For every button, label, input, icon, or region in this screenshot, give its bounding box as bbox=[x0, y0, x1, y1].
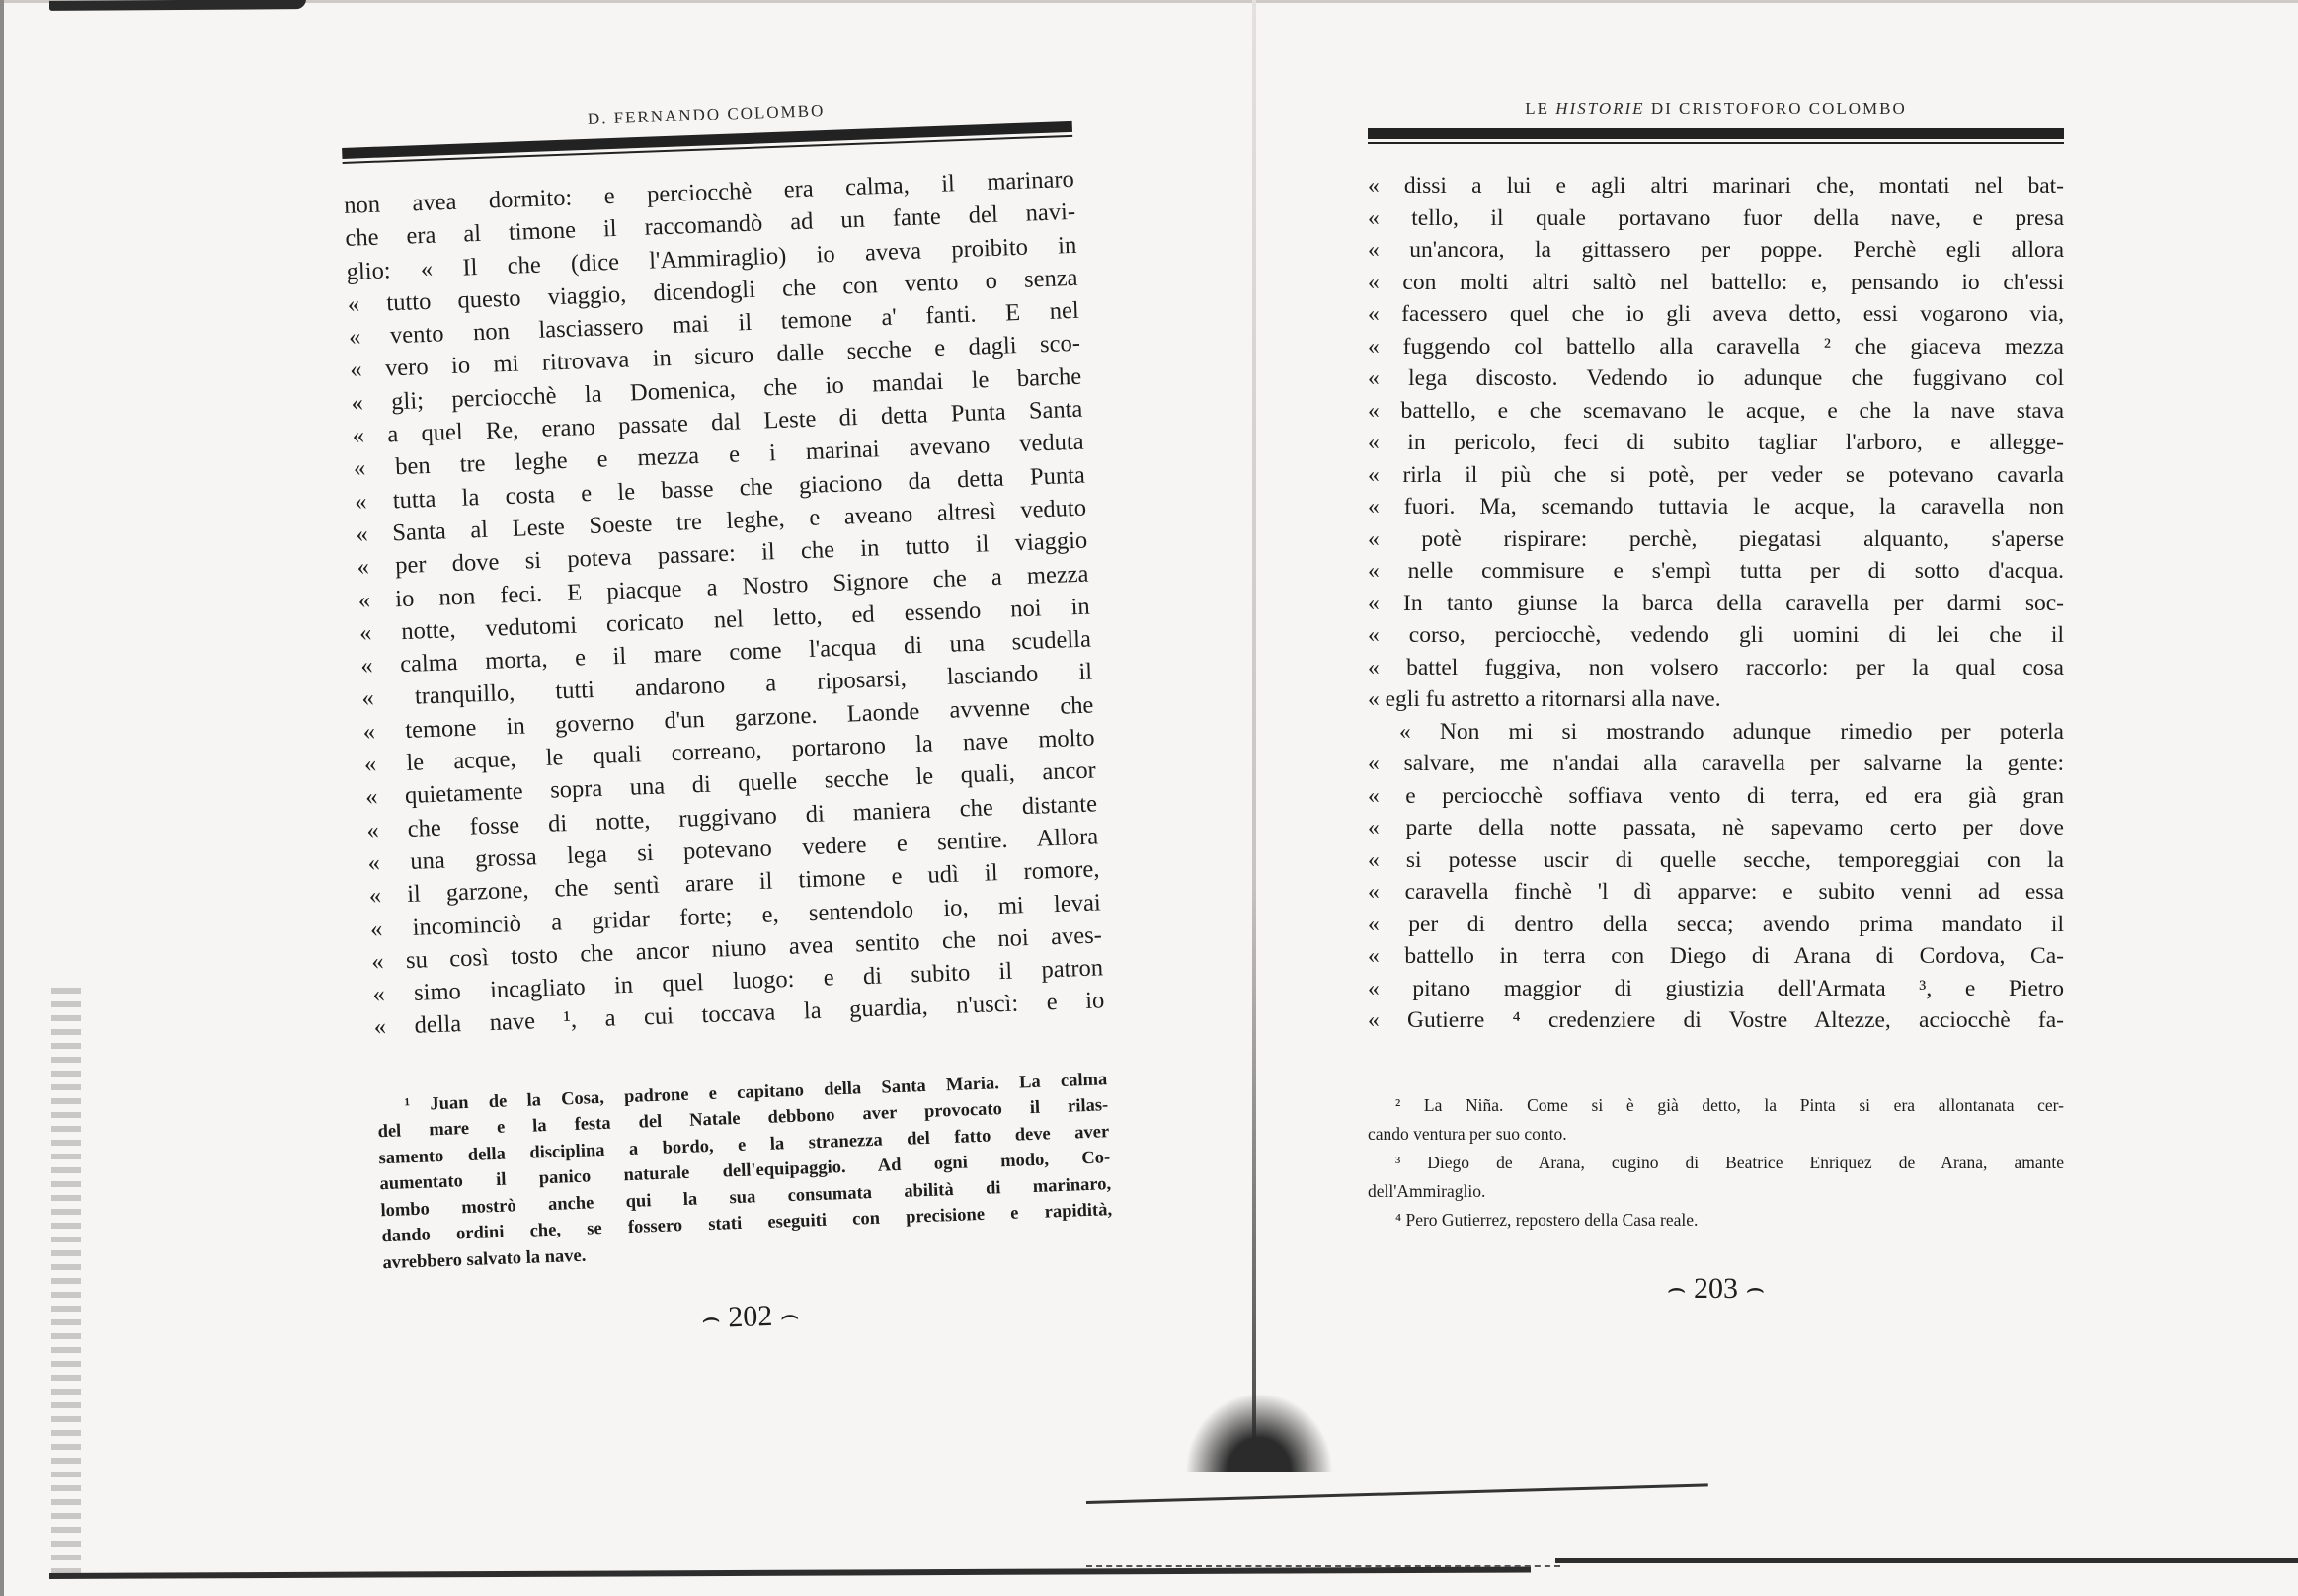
running-head-suffix: DI CRISTOFORO COLOMBO bbox=[1645, 99, 1907, 118]
text-line: « si potesse uscir di quelle secche, tem… bbox=[1368, 844, 2064, 877]
text-line: « rirla il più che si potè, per veder se… bbox=[1368, 459, 2064, 492]
gutter-shadow bbox=[1185, 1393, 1333, 1472]
scan-top-edge bbox=[0, 0, 2298, 3]
footnote-3: ³ Diego de Arana, cugino di Beatrice Enr… bbox=[1368, 1149, 2064, 1177]
text-line: « fuggendo col battello alla caravella ²… bbox=[1368, 331, 2064, 363]
book-gutter bbox=[1252, 0, 1256, 1462]
footnotes: ² La Niña. Come si è già detto, la Pinta… bbox=[1368, 1091, 2064, 1235]
page-bottom-edge-far bbox=[1555, 1558, 2298, 1563]
text-line: « tello, il quale portavano fuor della n… bbox=[1368, 202, 2064, 235]
text-line: « salvare, me n'andai alla caravella per… bbox=[1368, 748, 2064, 780]
text-line: « battello in terra con Diego di Arana d… bbox=[1368, 940, 2064, 973]
text-line: « un'ancora, la gittassero per poppe. Pe… bbox=[1368, 234, 2064, 267]
text-line: « pitano maggior di giustizia dell'Armat… bbox=[1368, 973, 2064, 1005]
text-line: « nelle commisure e s'empì tutta per di … bbox=[1368, 555, 2064, 588]
text-line: « facessero quel che io gli aveva detto,… bbox=[1368, 298, 2064, 331]
binding-marks bbox=[51, 988, 81, 1580]
running-head-italic: HISTORIE bbox=[1555, 99, 1644, 118]
page-number: ⌢ 203 ⌢ bbox=[1368, 1272, 2064, 1306]
footnote-2: ² La Niña. Come si è già detto, la Pinta… bbox=[1368, 1091, 2064, 1120]
scan-ink-streak bbox=[49, 0, 306, 11]
running-head-prefix: LE bbox=[1525, 99, 1555, 118]
left-page: D. FERNANDO COLOMBO non avea dormito: e … bbox=[341, 92, 1116, 1347]
text-line: « battel fuggiva, non volsero raccorlo: … bbox=[1368, 652, 2064, 684]
header-rule-thin bbox=[1368, 142, 2064, 144]
footnote-4: ⁴ Pero Gutierrez, repostero della Casa r… bbox=[1368, 1206, 2064, 1235]
text-line: « In tanto giunse la barca della caravel… bbox=[1368, 588, 2064, 620]
page-bottom-edge-right bbox=[1086, 1483, 1708, 1504]
text-line: « parte della notte passata, nè sapevamo… bbox=[1368, 812, 2064, 844]
text-line: « e perciocchè soffiava vento di terra, … bbox=[1368, 780, 2064, 813]
text-line: « battello, e che scemavano le acque, e … bbox=[1368, 395, 2064, 428]
text-line: « fuori. Ma, scemando tuttavia le acque,… bbox=[1368, 491, 2064, 523]
running-head: LE HISTORIE DI CRISTOFORO COLOMBO bbox=[1368, 99, 2064, 119]
header-rule-thick bbox=[1368, 128, 2064, 139]
body-text: non avea dormito: e perciocchè era calma… bbox=[344, 163, 1105, 1044]
text-line: « egli fu astretto a ritornarsi alla nav… bbox=[1368, 683, 2064, 716]
right-page: LE HISTORIE DI CRISTOFORO COLOMBO « diss… bbox=[1368, 99, 2064, 1306]
body-text: « dissi a lui e agli altri marinari che,… bbox=[1368, 170, 2064, 1037]
footnote-line: dell'Ammiraglio. bbox=[1368, 1177, 2064, 1206]
text-line: « dissi a lui e agli altri marinari che,… bbox=[1368, 170, 2064, 202]
text-line: « lega discosto. Vedendo io adunque che … bbox=[1368, 362, 2064, 395]
page-bottom-edge-left bbox=[49, 1566, 1531, 1579]
text-line: « Gutierre ⁴ credenziere di Vostre Altez… bbox=[1368, 1004, 2064, 1037]
page-number: ⌢ 202 ⌢ bbox=[384, 1287, 1116, 1347]
text-line: « potè rispirare: perchè, piegatasi alqu… bbox=[1368, 523, 2064, 556]
scan-left-edge bbox=[0, 0, 4, 1596]
footnote-line: cando ventura per suo conto. bbox=[1368, 1120, 2064, 1149]
footnotes: ¹ Juan de la Cosa, padrone e capitano de… bbox=[376, 1067, 1113, 1276]
page-bottom-dotted-line bbox=[1086, 1565, 1560, 1568]
text-line: « Non mi si mostrando adunque rimedio pe… bbox=[1368, 716, 2064, 749]
text-line: « per di dentro della secca; avendo prim… bbox=[1368, 909, 2064, 941]
text-line: « con molti altri saltò nel battello: e,… bbox=[1368, 267, 2064, 299]
text-line: « caravella finchè 'l dì apparve: e subi… bbox=[1368, 876, 2064, 909]
text-line: « in pericolo, feci di subito tagliar l'… bbox=[1368, 427, 2064, 459]
text-line: « corso, perciocchè, vedendo gli uomini … bbox=[1368, 619, 2064, 652]
